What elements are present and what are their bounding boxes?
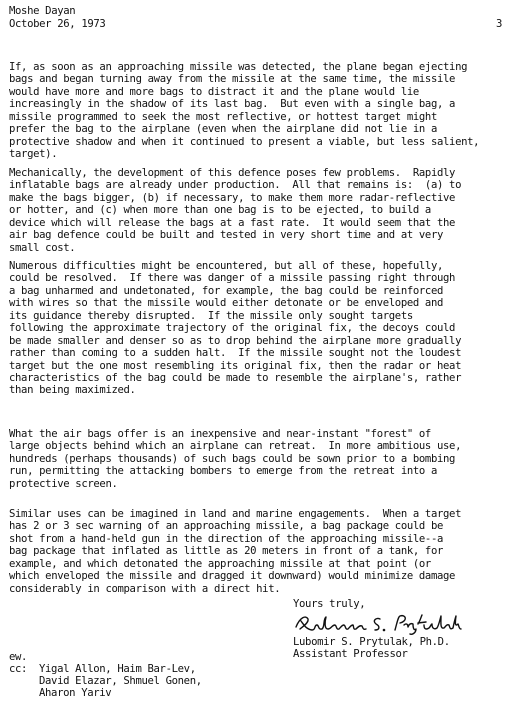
text-line: hundreds (perhaps thousands) of such bag…: [9, 453, 509, 465]
text-line: could be resolved. If there was danger o…: [9, 272, 509, 284]
text-line: If, as soon as an approaching missile wa…: [9, 61, 509, 73]
text-line: target but the one most resembling its o…: [9, 360, 509, 372]
text-line: air bag defence could be built and teste…: [9, 229, 509, 241]
paragraph-1: If, as soon as an approaching missile wa…: [9, 61, 509, 161]
text-line: with wires so that the missile would eit…: [9, 297, 509, 309]
paragraph-5: Similar uses can be imagined in land and…: [9, 508, 509, 595]
text-line: target).: [9, 148, 509, 160]
signature-icon: [292, 611, 462, 635]
text-line: make the bags bigger, (b) if necessary, …: [9, 192, 509, 204]
text-line: What the air bags offer is an inexpensiv…: [9, 428, 509, 440]
text-line: would have more and more bags to distrac…: [9, 86, 509, 98]
closing-salutation: Yours truly,: [293, 598, 365, 611]
text-line: shot from a hand-held gun in the directi…: [9, 533, 509, 545]
text-line: large objects behind which an airplane c…: [9, 440, 509, 452]
text-line: than being maximized.: [9, 384, 509, 396]
text-line: bags and began turning away from the mis…: [9, 73, 509, 85]
text-line: missile programmed to seek the most refl…: [9, 111, 509, 123]
text-line: its guidance thereby disrupted. If the m…: [9, 310, 509, 322]
text-line: protective shadow and when it continued …: [9, 136, 509, 148]
signer-title: Assistant Professor: [293, 648, 408, 661]
recipient-name: Moshe Dayan: [9, 5, 75, 18]
text-line: be made smaller and denser so as to drop…: [9, 335, 509, 347]
text-line: run, permitting the attacking bombers to…: [9, 465, 509, 477]
paragraph-4: What the air bags offer is an inexpensiv…: [9, 428, 509, 490]
letter-date: October 26, 1973: [9, 18, 105, 31]
text-line: prefer the bag to the airplane (even whe…: [9, 123, 509, 135]
text-line: inflatable bags are already under produc…: [9, 179, 509, 191]
text-line: Mechanically, the development of this de…: [9, 167, 509, 179]
cc-label: cc:: [9, 663, 27, 676]
text-line: following the approximate trajectory of …: [9, 322, 509, 334]
text-line: device which will release the bags at a …: [9, 217, 509, 229]
typist-initials: ew.: [9, 651, 27, 664]
text-line: increasingly in the shadow of its last b…: [9, 98, 509, 110]
text-line: has 2 or 3 sec warning of an approaching…: [9, 520, 509, 532]
cc-line-1: Yigal Allon, Haim Bar-Lev,: [39, 663, 196, 676]
text-line: rather than coming to a sudden halt. If …: [9, 347, 509, 359]
text-line: bag package that inflated as little as 2…: [9, 545, 509, 557]
paragraph-2: Mechanically, the development of this de…: [9, 167, 509, 254]
text-line: which enveloped the missile and dragged …: [9, 570, 509, 582]
text-line: small cost.: [9, 242, 509, 254]
text-line: considerably in comparison with a direct…: [9, 583, 509, 595]
signer-name: Lubomir S. Prytulak, Ph.D.: [293, 636, 450, 649]
paragraph-3: Numerous difficulties might be encounter…: [9, 260, 509, 397]
text-line: Numerous difficulties might be encounter…: [9, 260, 509, 272]
text-line: or hotter, and (c) when more than one ba…: [9, 204, 509, 216]
text-line: characteristics of the bag could be made…: [9, 372, 509, 384]
text-line: example, and which detonated the approac…: [9, 558, 509, 570]
text-line: a bag unharmed and undetonated, for exam…: [9, 285, 509, 297]
page-number: 3: [496, 18, 502, 31]
cc-line-3: Aharon Yariv: [39, 687, 111, 700]
text-line: Similar uses can be imagined in land and…: [9, 508, 509, 520]
cc-line-2: David Elazar, Shmuel Gonen,: [39, 675, 202, 688]
text-line: protective screen.: [9, 478, 509, 490]
